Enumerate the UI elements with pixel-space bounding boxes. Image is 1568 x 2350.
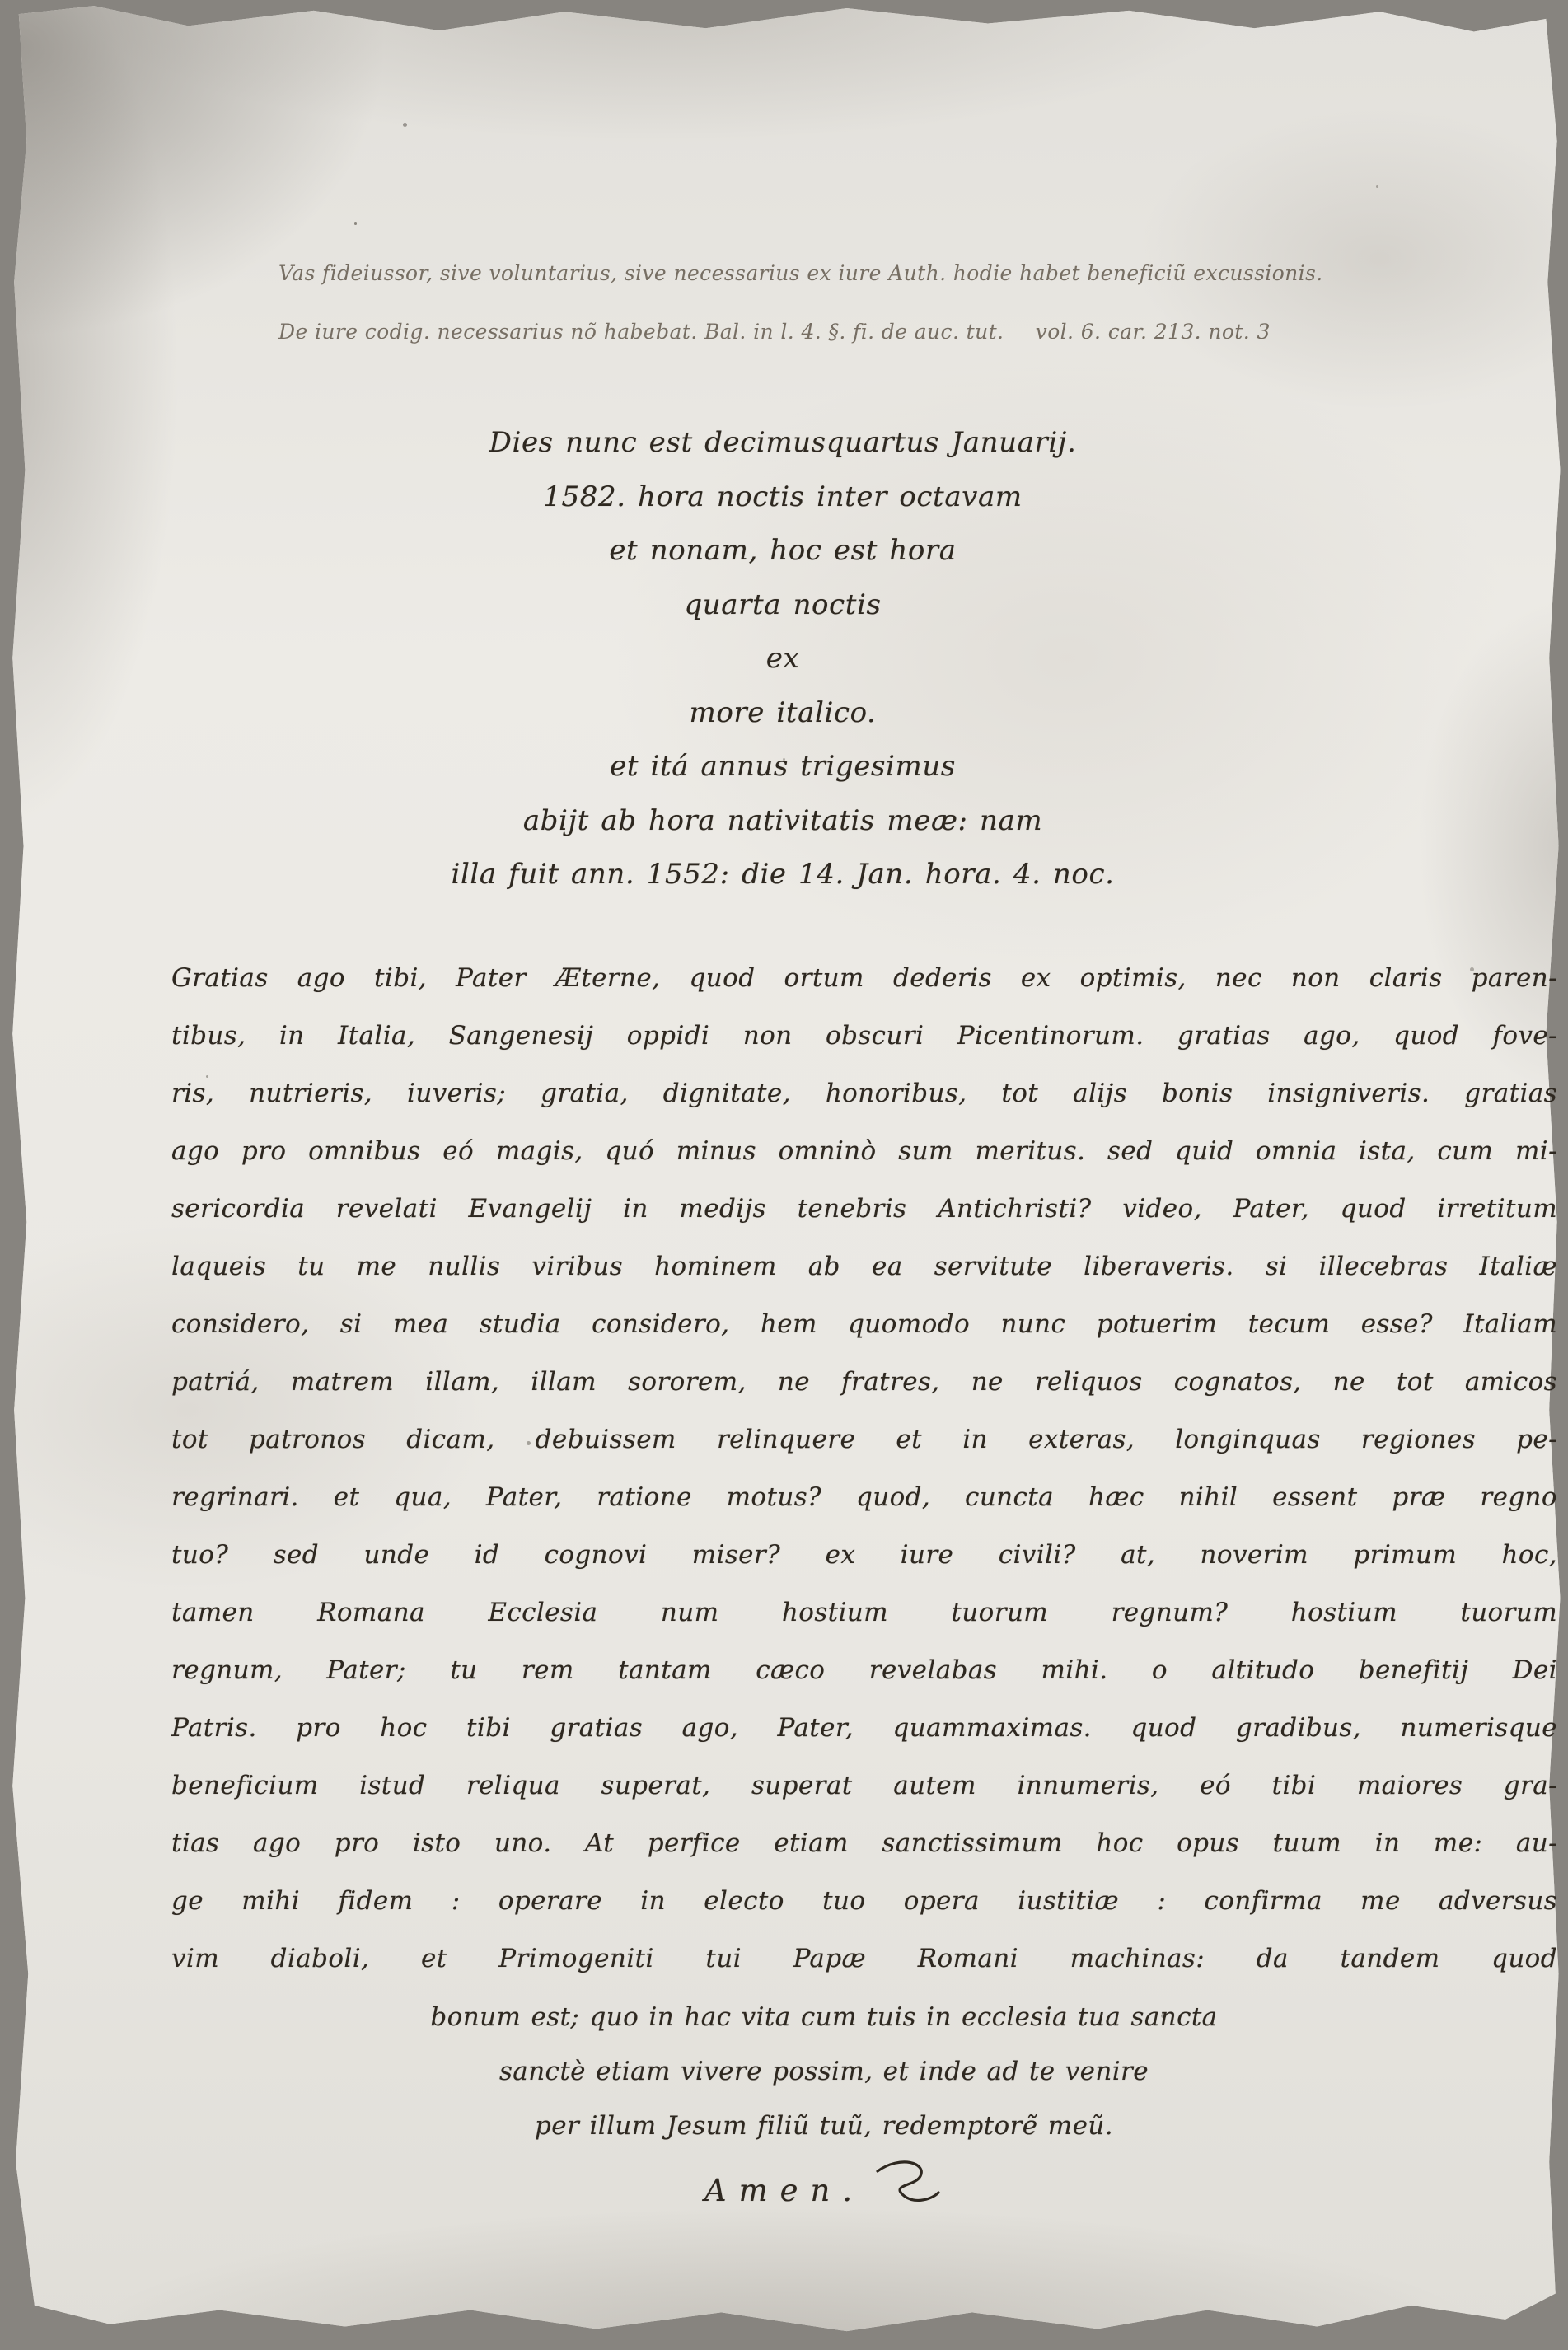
prayer-line: regnum, Pater; tu rem tantam cæco revela… [171,1641,1557,1699]
prayer-line: tamen Romana Ecclesia num hostium tuorum… [171,1584,1557,1641]
date-line: et nonam, hoc est hora [165,524,1401,578]
date-line: Dies nunc est decimusquartus Januarij. [165,416,1401,470]
prayer-line: vim diaboli, et Primogeniti tui Papæ Rom… [171,1930,1557,1987]
prayer-line: sericordia revelati Evangelij in medijs … [171,1180,1557,1238]
date-line: 1582. hora noctis inter octavam [165,470,1401,525]
date-line: illa fuit ann. 1552: die 14. Jan. hora. … [165,848,1401,902]
prayer-line: tot patronos dicam, debuissem relinquere… [171,1411,1557,1468]
date-block: Dies nunc est decimusquartus Januarij. 1… [165,416,1401,902]
closing-line: per illum Jesum filiũ tuũ, redemptorẽ me… [198,2099,1450,2153]
prayer-line: Patris. pro hoc tibi gratias ago, Pater,… [171,1699,1557,1757]
marginal-note-line: Vas fideiussor, sive voluntarius, sive n… [278,244,1566,302]
date-line: more italico. [165,686,1401,741]
prayer-line: tias ago pro isto uno. At perfice etiam … [171,1814,1557,1872]
prayer-line: beneficium istud reliqua superat, supera… [171,1757,1557,1814]
prayer-line: ago pro omnibus eó magis, quó minus omni… [171,1122,1557,1180]
prayer-line: ris, nutrieris, iuveris; gratia, dignita… [171,1065,1557,1122]
prayer-paragraph: Gratias ago tibi, Pater Æterne, quod ort… [171,949,1557,1987]
prayer-line: tibus, in Italia, Sangenesij oppidi non … [171,1007,1557,1065]
closing-block: bonum est; quo in hac vita cum tuis in e… [198,1990,1450,2218]
date-line: ex [165,632,1401,686]
amen-line: Amen. [198,2160,1450,2218]
handwriting-layer: Vas fideiussor, sive voluntarius, sive n… [0,0,1568,2350]
prayer-line: regrinari. et qua, Pater, ratione motus?… [171,1468,1557,1526]
closing-line: sanctè etiam vivere possim, et inde ad t… [198,2044,1450,2099]
date-line: abijt ab hora nativitatis meæ: nam [165,794,1401,849]
prayer-line: patriá, matrem illam, illam sororem, ne … [171,1353,1557,1411]
prayer-line: laqueis tu me nullis viribus hominem ab … [171,1238,1557,1295]
closing-line: bonum est; quo in hac vita cum tuis in e… [198,1990,1450,2044]
manuscript-scan-page: Vas fideiussor, sive voluntarius, sive n… [0,0,1568,2350]
date-line: quarta noctis [165,578,1401,633]
date-line: et itá annus trigesimus [165,740,1401,794]
prayer-line: Gratias ago tibi, Pater Æterne, quod ort… [171,949,1557,1007]
marginal-note: Vas fideiussor, sive voluntarius, sive n… [278,244,1566,361]
prayer-line: ge mihi fidem : operare in electo tuo op… [171,1872,1557,1930]
prayer-line: tuo? sed unde id cognovi miser? ex iure … [171,1526,1557,1584]
amen-flourish-mark [873,2160,943,2212]
marginal-note-line: De iure codig. necessarius nõ habebat. B… [278,302,1566,361]
amen-text: Amen. [704,2173,864,2208]
prayer-line: considero, si mea studia considero, hem … [171,1295,1557,1353]
